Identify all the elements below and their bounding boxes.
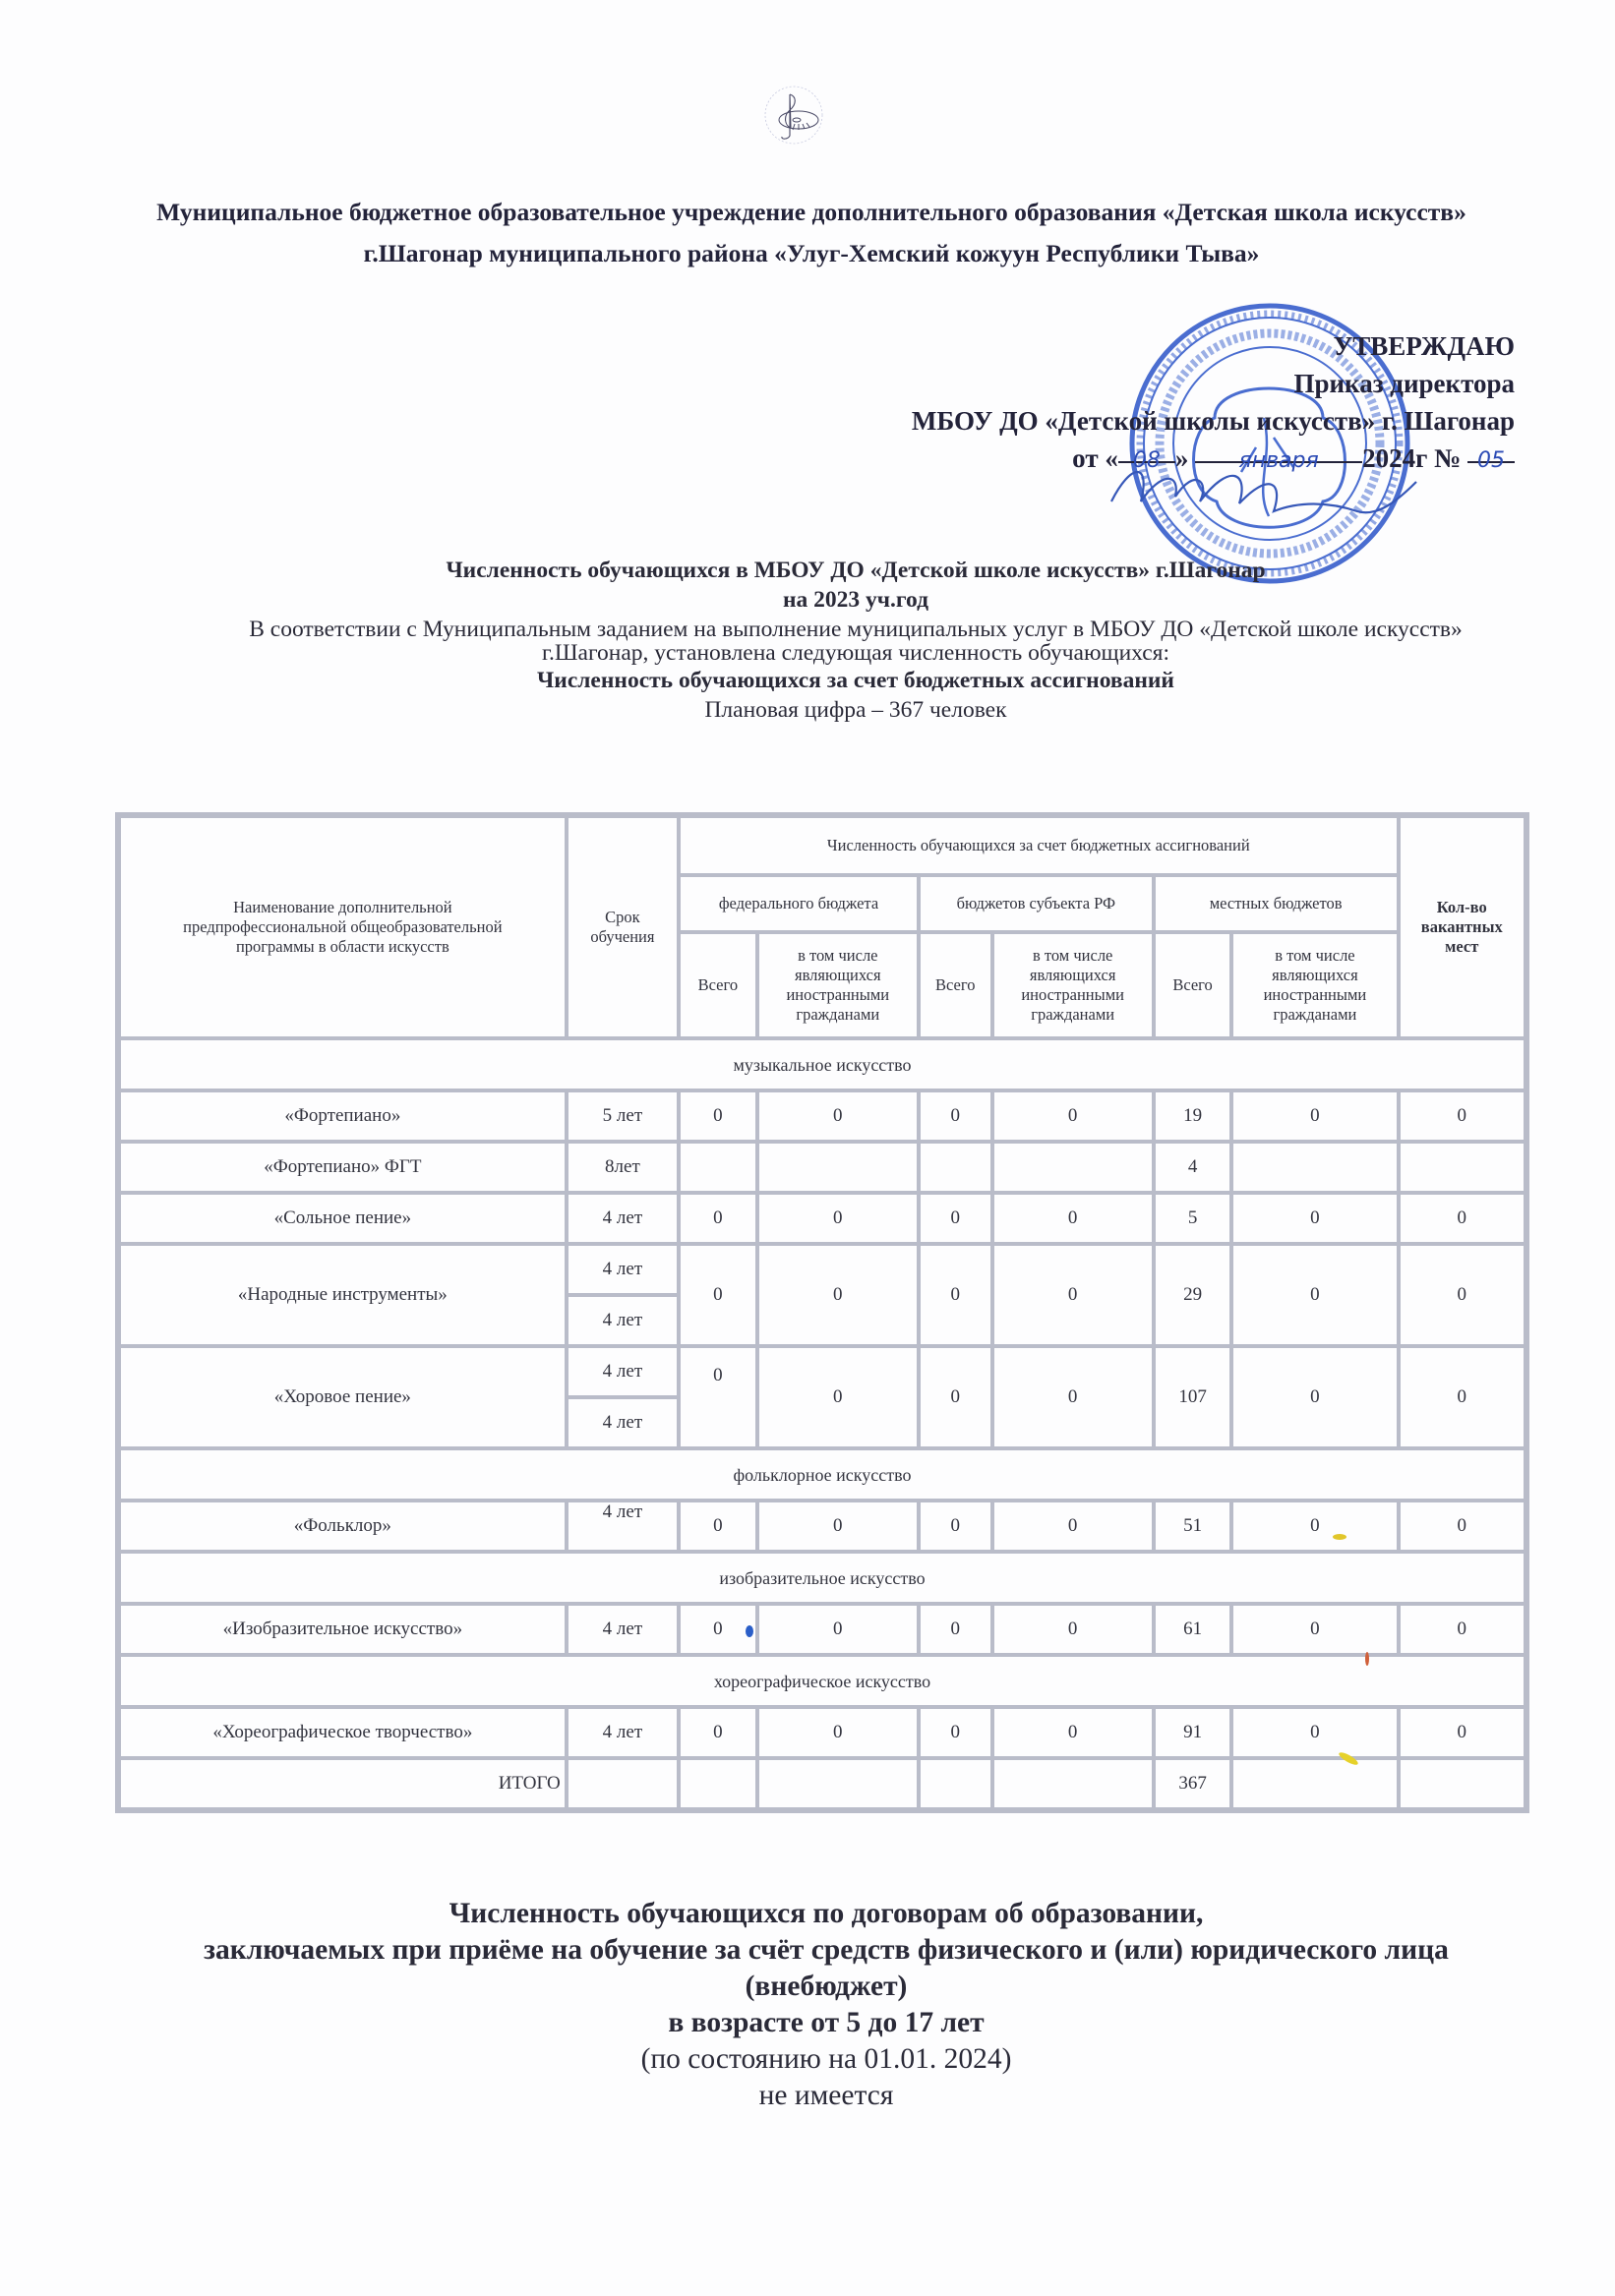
program-name: «Народные инструменты» bbox=[119, 1244, 567, 1346]
table-row: «Фортепиано»5 лет00001900 bbox=[119, 1090, 1525, 1142]
value-cell: 0 bbox=[1231, 1090, 1398, 1142]
value-cell: 0 bbox=[919, 1501, 992, 1552]
value-cell: 0 bbox=[1231, 1346, 1398, 1448]
total-cell bbox=[679, 1758, 757, 1809]
program-name: «Фортепиано» bbox=[119, 1090, 567, 1142]
program-name: «Фортепиано» ФГТ bbox=[119, 1142, 567, 1193]
value-cell: 0 bbox=[1399, 1604, 1526, 1655]
contract-status: не имеется bbox=[148, 2078, 1505, 2114]
value-cell: 0 bbox=[679, 1244, 757, 1346]
header-budget-group: Численность обучающихся за счет бюджетны… bbox=[679, 816, 1398, 875]
contract-age-range: в возрасте от 5 до 17 лет bbox=[148, 2005, 1505, 2041]
total-cell bbox=[1231, 1758, 1398, 1809]
total-row: ИТОГО367 bbox=[119, 1758, 1525, 1809]
value-cell: 4 bbox=[1154, 1142, 1232, 1193]
value-cell: 0 bbox=[1231, 1193, 1398, 1244]
paint-spot bbox=[1333, 1534, 1346, 1540]
contract-title-line1: Численность обучающихся по договорам об … bbox=[148, 1896, 1505, 1932]
value-cell bbox=[679, 1142, 757, 1193]
table-row: «Хоровое пение»4 лет000010700 bbox=[119, 1346, 1525, 1397]
intro-block: Численность обучающихся в МБОУ ДО «Детск… bbox=[197, 559, 1515, 722]
value-cell: 0 bbox=[919, 1244, 992, 1346]
total-cell bbox=[757, 1758, 919, 1809]
value-cell: 0 bbox=[757, 1604, 919, 1655]
header-subject-foreign: в том числе являющихся иностранными граж… bbox=[992, 932, 1154, 1038]
value-cell: 0 bbox=[757, 1346, 919, 1448]
value-cell: 0 bbox=[1399, 1501, 1526, 1552]
value-cell bbox=[1231, 1142, 1398, 1193]
value-cell: 0 bbox=[992, 1244, 1154, 1346]
program-name: «Изобразительное искусство» bbox=[119, 1604, 567, 1655]
contract-as-of-date: (по состоянию на 01.01. 2024) bbox=[148, 2041, 1505, 2078]
section-title: изобразительное искусство bbox=[119, 1552, 1525, 1604]
header-subject-total: Всего bbox=[919, 932, 992, 1038]
total-cell bbox=[1399, 1758, 1526, 1809]
value-cell bbox=[919, 1142, 992, 1193]
value-cell: 0 bbox=[757, 1707, 919, 1758]
value-cell: 0 bbox=[992, 1707, 1154, 1758]
paint-spot bbox=[1365, 1652, 1369, 1666]
value-cell: 0 bbox=[919, 1707, 992, 1758]
total-label: ИТОГО bbox=[119, 1758, 567, 1809]
budget-subtitle: Численность обучающихся за счет бюджетны… bbox=[197, 669, 1515, 692]
total-cell: 367 bbox=[1154, 1758, 1232, 1809]
term-cell: 4 лет bbox=[567, 1604, 679, 1655]
value-cell: 0 bbox=[1231, 1244, 1398, 1346]
section-row: изобразительное искусство bbox=[119, 1552, 1525, 1604]
value-cell: 5 bbox=[1154, 1193, 1232, 1244]
value-cell: 0 bbox=[919, 1604, 992, 1655]
term-cell: 4 лет bbox=[567, 1397, 679, 1448]
value-cell: 0 bbox=[992, 1090, 1154, 1142]
value-cell: 0 bbox=[1231, 1604, 1398, 1655]
term-cell: 5 лет bbox=[567, 1090, 679, 1142]
program-name: «Сольное пение» bbox=[119, 1193, 567, 1244]
total-cell bbox=[567, 1758, 679, 1809]
order-number-field: 05 bbox=[1467, 440, 1515, 463]
value-cell: 0 bbox=[1399, 1707, 1526, 1758]
value-cell: 0 bbox=[1399, 1193, 1526, 1244]
term-cell: 4 лет bbox=[567, 1244, 679, 1295]
header-federal-total: Всего bbox=[679, 932, 757, 1038]
value-cell: 0 bbox=[757, 1501, 919, 1552]
section-row: хореографическое искусство bbox=[119, 1655, 1525, 1707]
value-cell: 0 bbox=[1231, 1707, 1398, 1758]
value-cell: 0 bbox=[757, 1244, 919, 1346]
term-cell: 4 лет bbox=[567, 1193, 679, 1244]
value-cell: 0 bbox=[679, 1501, 757, 1552]
table-row: «Народные инструменты»4 лет00002900 bbox=[119, 1244, 1525, 1295]
term-cell: 8лет bbox=[567, 1142, 679, 1193]
value-cell: 107 bbox=[1154, 1346, 1232, 1448]
students-table: Наименование дополнительной предпрофесси… bbox=[115, 812, 1529, 1813]
section-title: хореографическое искусство bbox=[119, 1655, 1525, 1707]
value-cell: 19 bbox=[1154, 1090, 1232, 1142]
intro-text: В соответствии с Муниципальным заданием … bbox=[211, 618, 1500, 665]
value-cell: 0 bbox=[992, 1193, 1154, 1244]
section-title: фольклорное искусство bbox=[119, 1448, 1525, 1501]
value-cell: 29 bbox=[1154, 1244, 1232, 1346]
table-row: «Хореографическое творчество»4 лет000091… bbox=[119, 1707, 1525, 1758]
value-cell: 0 bbox=[679, 1707, 757, 1758]
organization-title: Муниципальное бюджетное образовательное … bbox=[118, 192, 1505, 274]
approval-organization: МБОУ ДО «Детской школы искусств» г. Шаго… bbox=[912, 402, 1515, 440]
table-row: «Сольное пение»4 лет0000500 bbox=[119, 1193, 1525, 1244]
header-local-foreign: в том числе являющихся иностранными граж… bbox=[1231, 932, 1398, 1038]
treble-clef-disc-logo-icon bbox=[763, 85, 824, 146]
section-row: фольклорное искусство bbox=[119, 1448, 1525, 1501]
program-name: «Хореографическое творчество» bbox=[119, 1707, 567, 1758]
value-cell: 61 bbox=[1154, 1604, 1232, 1655]
approval-heading: УТВЕРЖДАЮ bbox=[912, 327, 1515, 365]
plan-figure: Плановая цифра – 367 человек bbox=[197, 698, 1515, 722]
value-cell: 0 bbox=[679, 1193, 757, 1244]
contract-section: Численность обучающихся по договорам об … bbox=[148, 1896, 1505, 2114]
value-cell: 0 bbox=[757, 1193, 919, 1244]
value-cell bbox=[757, 1142, 919, 1193]
header-program: Наименование дополнительной предпрофесси… bbox=[119, 816, 567, 1038]
contract-title-line2: заключаемых при приёме на обучение за сч… bbox=[148, 1932, 1505, 2005]
value-cell: 0 bbox=[679, 1346, 757, 1448]
header-vacant: Кол-во вакантных мест bbox=[1399, 816, 1526, 1038]
term-cell: 4 лет bbox=[567, 1346, 679, 1397]
value-cell: 0 bbox=[992, 1501, 1154, 1552]
program-name: «Хоровое пение» bbox=[119, 1346, 567, 1448]
value-cell: 0 bbox=[919, 1090, 992, 1142]
header-local-total: Всего bbox=[1154, 932, 1232, 1038]
term-cell: 4 лет bbox=[567, 1501, 679, 1552]
table-row: «Фортепиано» ФГТ8лет4 bbox=[119, 1142, 1525, 1193]
value-cell: 91 bbox=[1154, 1707, 1232, 1758]
ink-spot bbox=[746, 1625, 753, 1637]
term-cell: 4 лет bbox=[567, 1707, 679, 1758]
header-federal-foreign: в том числе являющихся иностранными граж… bbox=[757, 932, 919, 1038]
total-cell bbox=[992, 1758, 1154, 1809]
value-cell: 0 bbox=[1231, 1501, 1398, 1552]
value-cell: 0 bbox=[757, 1090, 919, 1142]
value-cell: 0 bbox=[992, 1346, 1154, 1448]
table-row: «Изобразительное искусство»4 лет00006100 bbox=[119, 1604, 1525, 1655]
approval-order: Приказ директора bbox=[912, 365, 1515, 402]
term-cell: 4 лет bbox=[567, 1295, 679, 1346]
header-local: местных бюджетов bbox=[1154, 875, 1399, 932]
value-cell: 0 bbox=[1399, 1244, 1526, 1346]
section-title: музыкальное искусство bbox=[119, 1038, 1525, 1090]
value-cell: 0 bbox=[919, 1193, 992, 1244]
program-name: «Фольклор» bbox=[119, 1501, 567, 1552]
header-subject: бюджетов субъекта РФ bbox=[919, 875, 1154, 932]
value-cell bbox=[1399, 1142, 1526, 1193]
table-row: «Фольклор»4 лет00005100 bbox=[119, 1501, 1525, 1552]
value-cell: 0 bbox=[919, 1346, 992, 1448]
header-federal: федерального бюджета bbox=[679, 875, 919, 932]
report-year: на 2023 уч.год bbox=[197, 588, 1515, 612]
header-term: Срок обучения bbox=[567, 816, 679, 1038]
value-cell: 0 bbox=[1399, 1090, 1526, 1142]
value-cell: 0 bbox=[992, 1604, 1154, 1655]
value-cell: 51 bbox=[1154, 1501, 1232, 1552]
value-cell: 0 bbox=[1399, 1346, 1526, 1448]
section-row: музыкальное искусство bbox=[119, 1038, 1525, 1090]
value-cell bbox=[992, 1142, 1154, 1193]
signature-icon bbox=[1102, 442, 1456, 531]
value-cell: 0 bbox=[679, 1090, 757, 1142]
total-cell bbox=[919, 1758, 992, 1809]
report-title: Численность обучающихся в МБОУ ДО «Детск… bbox=[197, 559, 1515, 582]
